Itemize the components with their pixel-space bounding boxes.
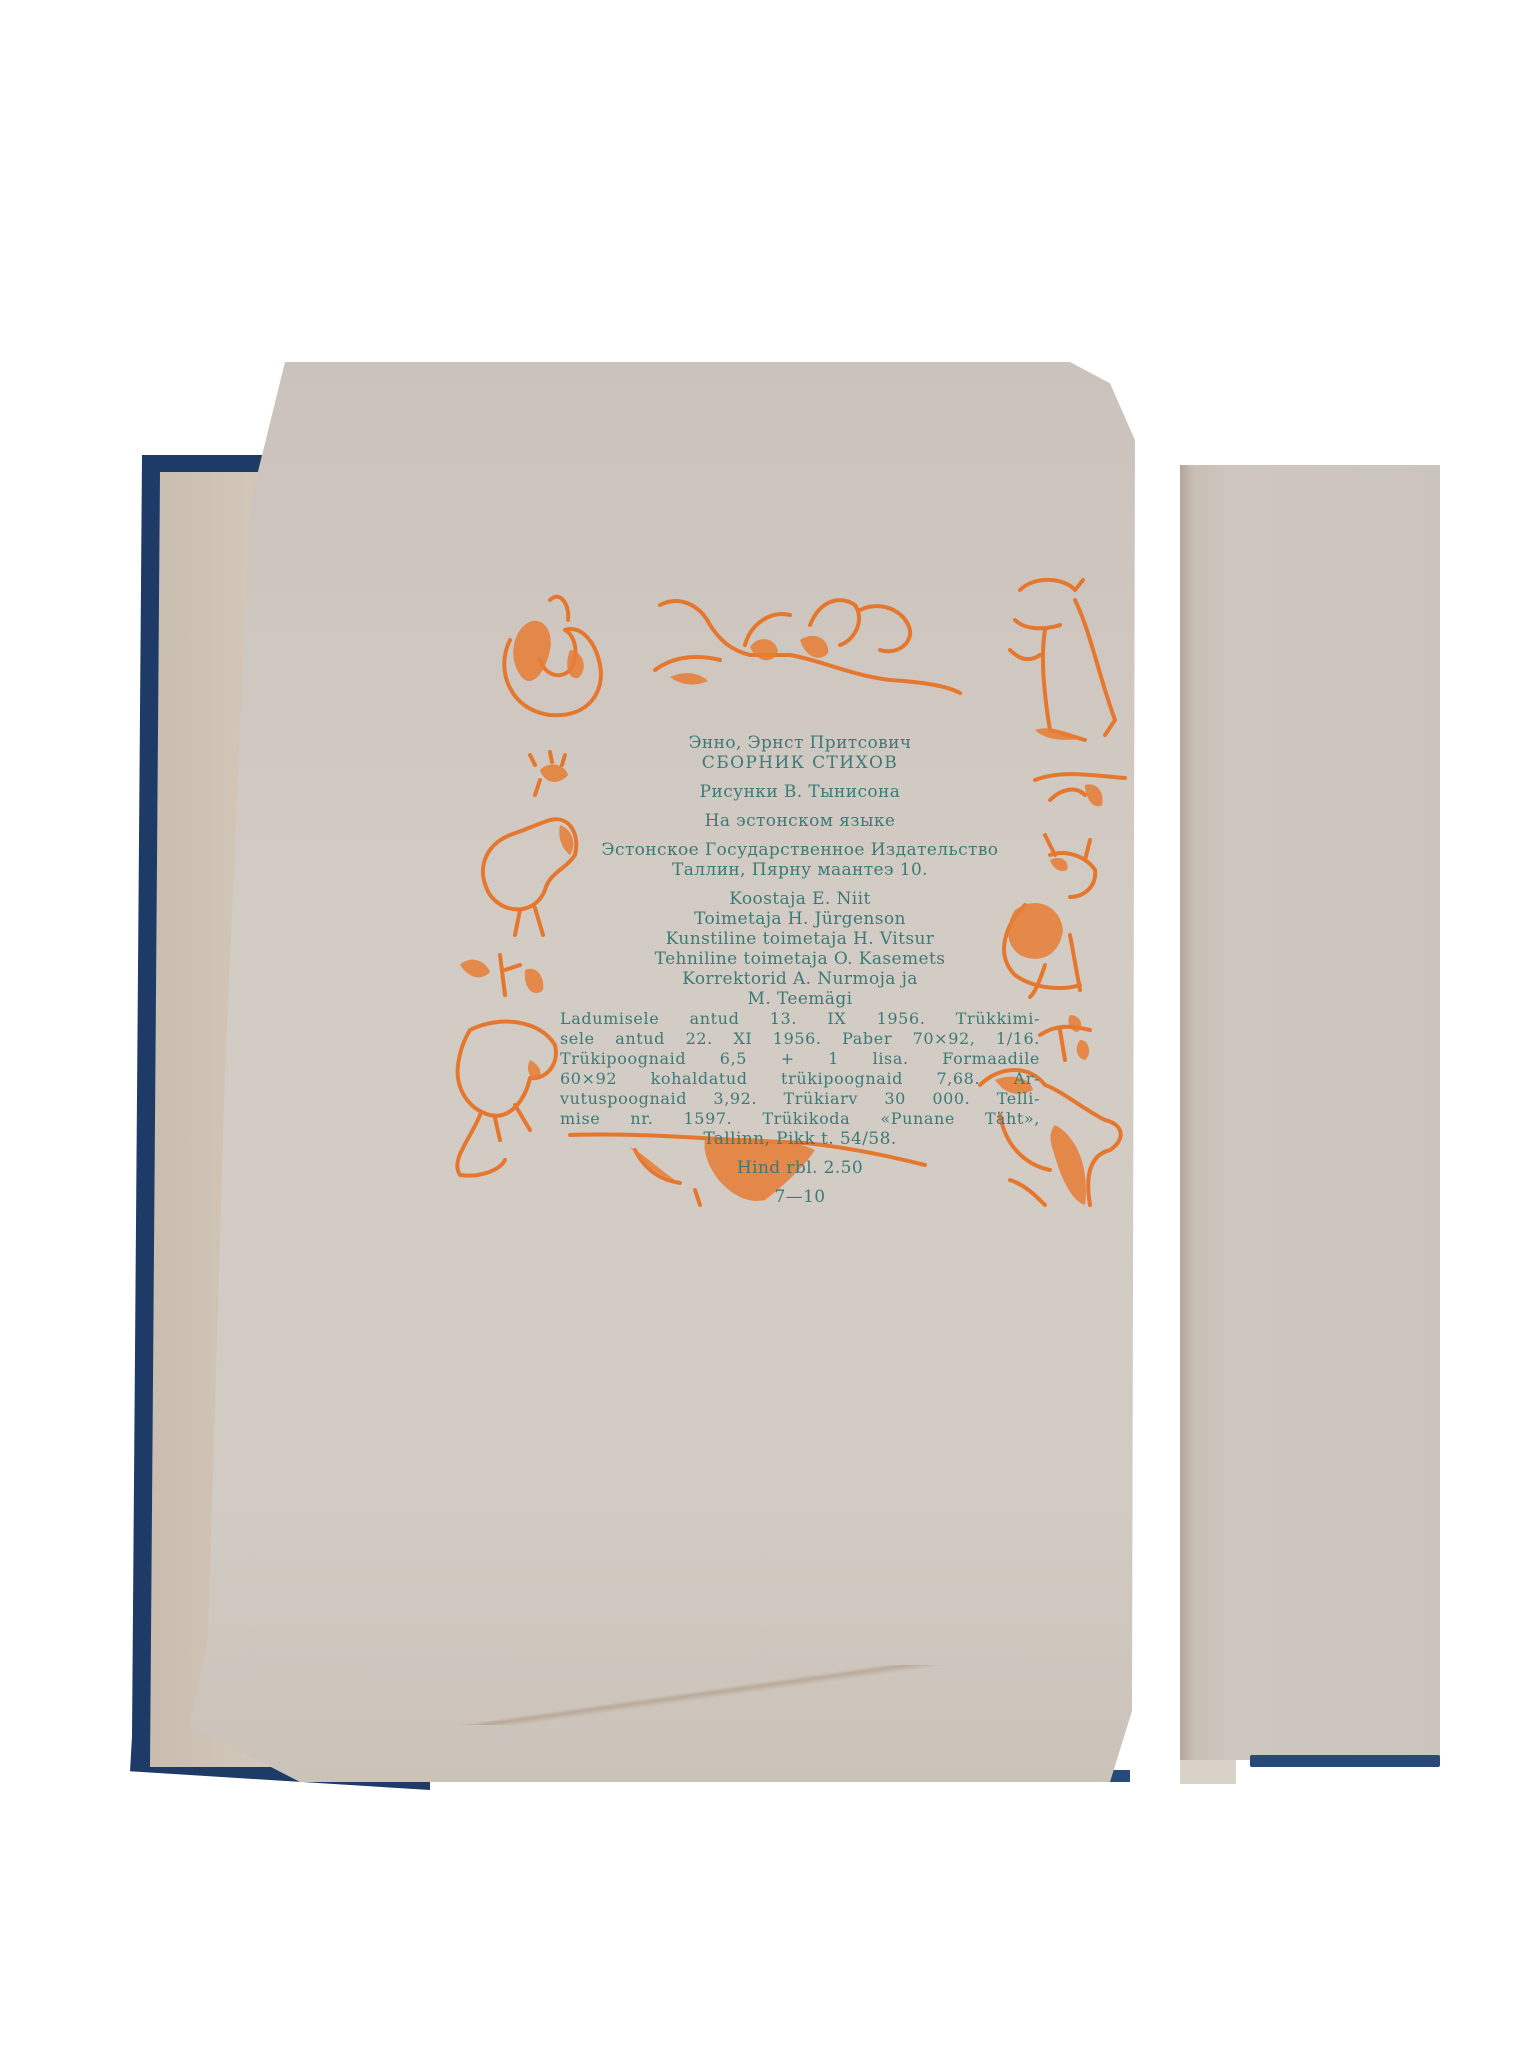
address-line: Таллин, Пярну маантеэ 10. xyxy=(560,860,1040,880)
book-title: СБОРНИК СТИХОВ xyxy=(560,753,1040,773)
strawberries-illustration-icon xyxy=(455,950,555,1000)
price-line: Hind rbl. 2.50 xyxy=(560,1158,1040,1178)
piglet-illustration-icon xyxy=(1005,570,1120,745)
language-line: На эстонском языке xyxy=(560,811,1040,831)
illustrator-line: Рисунки В. Тынисона xyxy=(560,782,1040,802)
page-right xyxy=(1180,465,1440,1760)
leafy-sprig-illustration-icon xyxy=(1030,770,1130,820)
print-detail-line: 60×92 kohaldatud trükipoognaid 7,68. Ar- xyxy=(560,1069,1040,1089)
age-range: 7—10 xyxy=(560,1187,1040,1207)
credit-proofreaders: Korrektorid A. Nurmoja ja xyxy=(560,969,1040,989)
print-detail-line: vutuspoognaid 3,92. Trükiarv 30 000. Tel… xyxy=(560,1089,1040,1109)
credit-editor: Toimetaja H. Jürgenson xyxy=(560,909,1040,929)
print-detail-line: Ladumisele antud 13. IX 1956. Trükkimi- xyxy=(560,1009,1040,1029)
imprint-colophon: Энно, Эрнст Притсович СБОРНИК СТИХОВ Рис… xyxy=(560,733,1040,1207)
print-detail-line: mise nr. 1597. Trükikoda «Punane Täht», xyxy=(560,1109,1040,1129)
mouse-illustration-icon xyxy=(440,1010,570,1180)
book-cover-edge-right xyxy=(1250,1755,1440,1767)
print-detail-line: sele antud 22. XI 1956. Paber 70×92, 1/1… xyxy=(560,1029,1040,1049)
squirrel-illustration-icon xyxy=(490,580,610,720)
page-curl-shadow xyxy=(205,1665,1185,1725)
credit-technical-editor: Tehniline toimetaja O. Kasemets xyxy=(560,949,1040,969)
author-line: Энно, Эрнст Притсович xyxy=(560,733,1040,753)
page-block-edge xyxy=(1180,1760,1236,1784)
credit-art-editor: Kunstiline toimetaja H. Vitsur xyxy=(560,929,1040,949)
gutter-shadow xyxy=(1180,465,1194,1760)
publisher-line: Эстонское Государственное Издательство xyxy=(560,840,1040,860)
credit-compiler: Koostaja E. Niit xyxy=(560,889,1040,909)
credit-proofreader-2: M. Teemägi xyxy=(560,989,1040,1009)
oak-branch-illustration-icon xyxy=(650,585,970,705)
print-detail-line: Trükipoognaid 6,5 + 1 lisa. Formaadile xyxy=(560,1049,1040,1069)
print-detail-line: Tallinn, Pikk t. 54/58. xyxy=(560,1129,1040,1149)
